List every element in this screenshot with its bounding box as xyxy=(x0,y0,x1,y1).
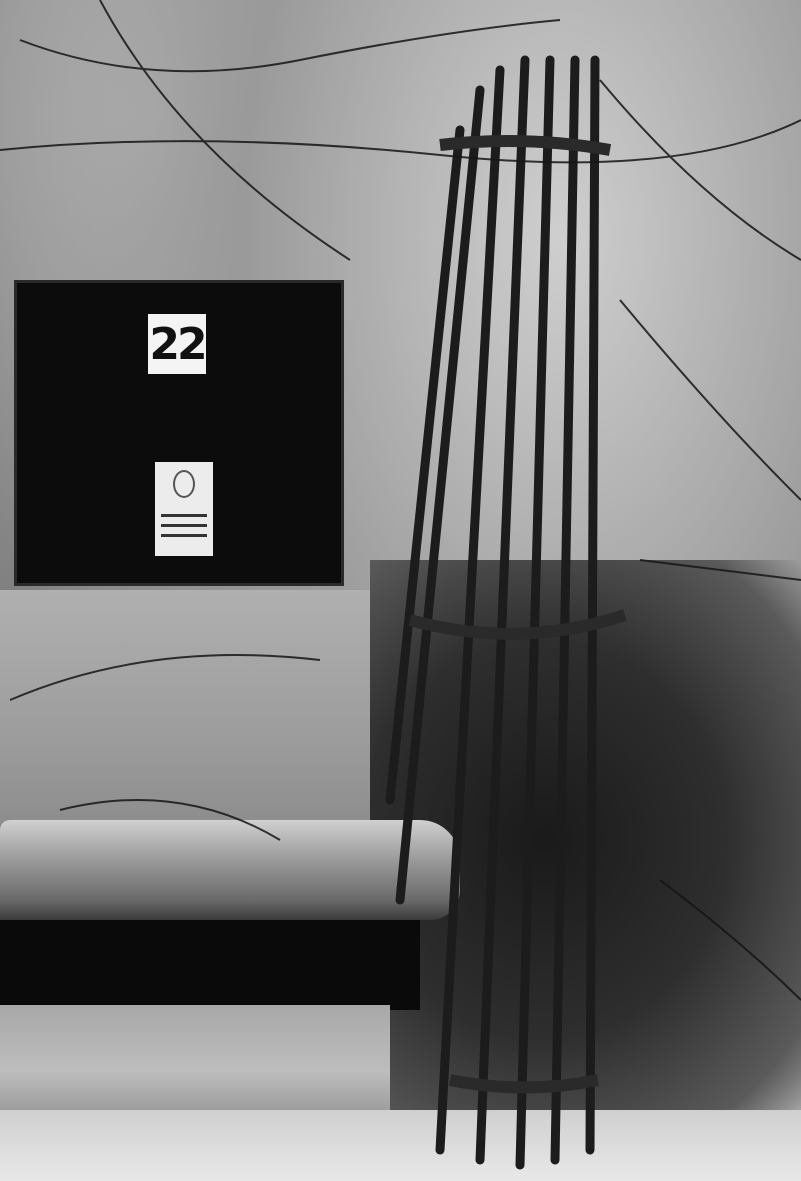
photograph: 22 xyxy=(0,0,801,1181)
iron-cage xyxy=(0,0,801,1181)
